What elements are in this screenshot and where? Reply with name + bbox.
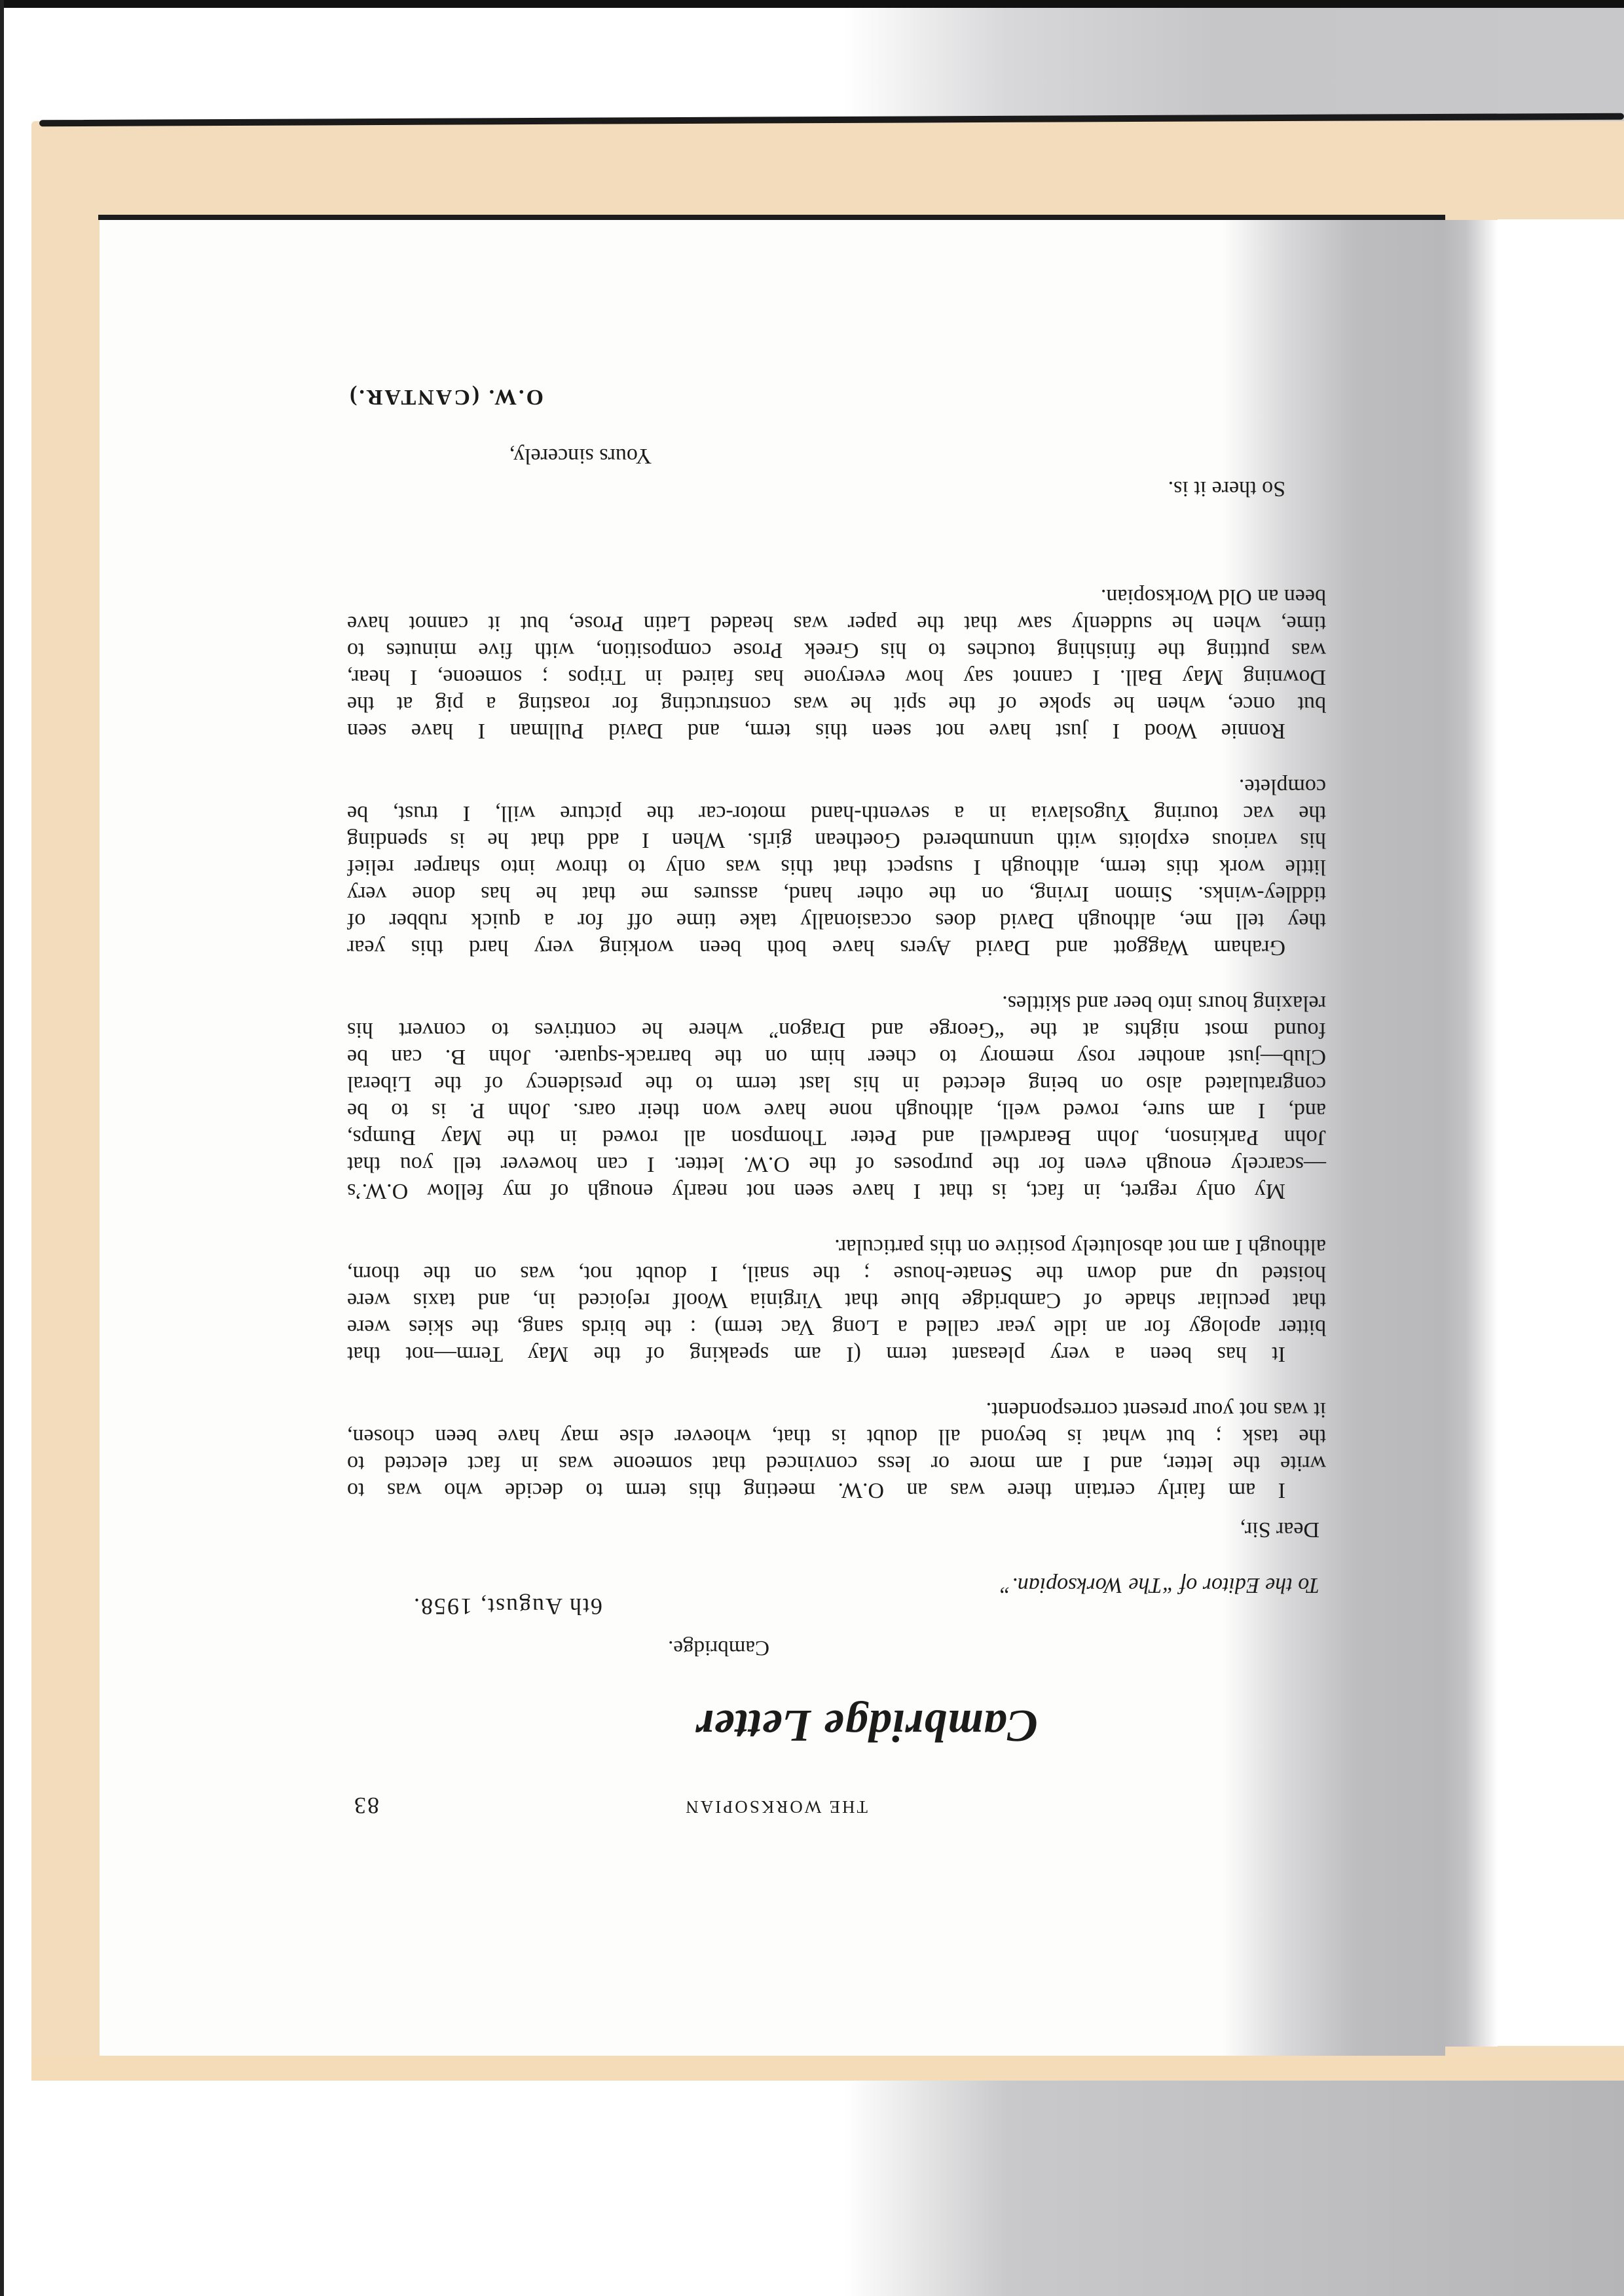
letter-closing: So there it is. <box>1168 476 1285 501</box>
text-line: —scarcely enough even for the purposes o… <box>347 1151 1326 1178</box>
text-line: was putting the finishing touches to his… <box>347 637 1326 664</box>
paragraph: Ronnie Wood I just have not seen this te… <box>347 583 1326 744</box>
text-line: relaxing hours into beer and skittles. <box>347 990 1326 1017</box>
text-line: Graham Waggott and David Ayers have both… <box>347 934 1326 961</box>
paragraph: Graham Waggott and David Ayers have both… <box>347 773 1326 961</box>
text-line: tiddley-winks. Simon Irving, on the othe… <box>347 881 1326 907</box>
letter-signature: O.W. (CANTAR.) <box>348 384 544 409</box>
text-line: Club—just another rosy memory to cheer h… <box>347 1044 1326 1070</box>
text-line: the task ; but what is beyond all doubt … <box>347 1423 1326 1450</box>
scanner-background-bottom <box>0 2081 1624 2296</box>
text-line: although I am not absolutely positive on… <box>347 1233 1326 1260</box>
text-line: but once, when he spoke of the spit he w… <box>347 691 1326 718</box>
letter-salutation: Dear Sir, <box>1240 1517 1319 1542</box>
paragraph: I am fairly certain there was an O.W. me… <box>347 1396 1326 1504</box>
running-title: THE WORKSOPIAN <box>684 1796 868 1817</box>
letter-valediction: Yours sincerely, <box>509 443 652 468</box>
text-line: John Parkinson, John Beardwell and Peter… <box>347 1124 1326 1151</box>
scanner-background-top <box>0 8 1624 122</box>
text-line: I am fairly certain there was an O.W. me… <box>347 1477 1326 1504</box>
text-line: it was not your present correspondent. <box>347 1396 1326 1423</box>
text-line: It has been a very pleasant term (I am s… <box>347 1341 1326 1368</box>
text-line: bitter apology for an idle year called a… <box>347 1314 1326 1341</box>
letter-place: Cambridge. <box>668 1635 769 1660</box>
text-line: My only regret, in fact, is that I have … <box>347 1178 1326 1205</box>
text-line: congratulated also on being elected in h… <box>347 1070 1326 1097</box>
text-line: little work this term, although I suspec… <box>347 854 1326 881</box>
letter-body: I am fairly certain there was an O.W. me… <box>347 555 1326 1504</box>
text-line: they tell me, although David does occasi… <box>347 907 1326 934</box>
scanner-left-border <box>0 0 4 2296</box>
paragraph: My only regret, in fact, is that I have … <box>347 990 1326 1205</box>
text-line: that peculiar shade of Cambridge blue th… <box>347 1287 1326 1314</box>
text-line: Ronnie Wood I just have not seen this te… <box>347 718 1326 744</box>
binding-gutter <box>1445 220 1498 2047</box>
scanner-top-border <box>0 0 1624 8</box>
paragraph: It has been a very pleasant term (I am s… <box>347 1233 1326 1368</box>
text-line: complete. <box>347 773 1326 800</box>
page-top-shadow <box>98 215 1445 220</box>
page-number: 83 <box>353 1792 379 1819</box>
letter-sheet: THE WORKSOPIAN 83 Cambridge Letter Cambr… <box>344 367 1326 1817</box>
text-line: found most nights at the “George and Dra… <box>347 1017 1326 1044</box>
letter-addressee: To the Editor of “The Worksopian.” <box>999 1573 1319 1597</box>
text-line: hoisted up and down the Senate-house ; t… <box>347 1260 1326 1287</box>
letter-date: 6th August, 1958. <box>413 1593 602 1620</box>
text-line: write the letter, and I am more or less … <box>347 1450 1326 1477</box>
cover-bottom-edge <box>31 2056 1624 2081</box>
text-line: and, I am sure, rowed well, although non… <box>347 1097 1326 1124</box>
article-title: Cambridge Letter <box>695 1699 1038 1751</box>
text-line: been an Old Worksopian. <box>347 583 1326 610</box>
text-line: time, when he suddenly saw that the pape… <box>347 610 1326 637</box>
running-header: THE WORKSOPIAN 83 <box>344 1791 1326 1817</box>
text-line: the vac touring Yugoslavia in a seventh-… <box>347 800 1326 827</box>
facing-page <box>1498 219 1624 2046</box>
text-line: his various exploits with unnumbered Goe… <box>347 827 1326 854</box>
text-line: Downing May Ball. I cannot say how every… <box>347 664 1326 691</box>
